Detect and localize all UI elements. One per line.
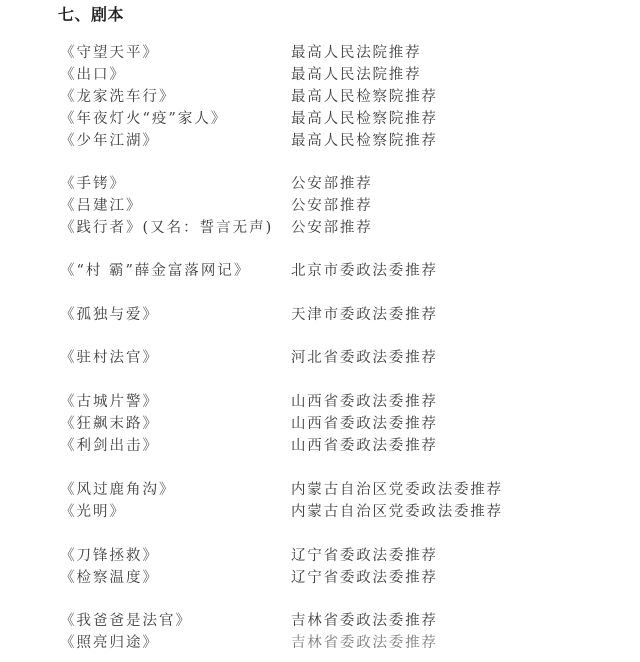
script-title: 《吕建江》 xyxy=(60,195,143,217)
recommender: 山西省委政法委推荐 xyxy=(291,391,438,413)
script-title: 《驻村法官》 xyxy=(60,347,159,369)
script-title: 《守望天平》 xyxy=(60,42,159,64)
list-item: 《检察温度》辽宁省委政法委推荐 xyxy=(0,567,640,589)
recommender: 河北省委政法委推荐 xyxy=(291,347,438,369)
recommender: 公安部推荐 xyxy=(291,217,373,239)
list-item: 《狂飙末路》山西省委政法委推荐 xyxy=(0,413,640,435)
recommender: 公安部推荐 xyxy=(291,173,373,195)
recommender: 最高人民检察院推荐 xyxy=(291,130,438,152)
recommender: 北京市委政法委推荐 xyxy=(291,260,438,282)
list-item: 《照亮归途》吉林省委政法委推荐 xyxy=(0,632,640,654)
script-title: 《古城片警》 xyxy=(60,391,159,413)
script-title: 《风过鹿角沟》 xyxy=(60,479,176,501)
list-item: 《“村 霸”薛金富落网记》北京市委政法委推荐 xyxy=(0,260,640,282)
list-item: 《驻村法官》河北省委政法委推荐 xyxy=(0,347,640,369)
script-title: 《狂飙末路》 xyxy=(60,413,159,435)
script-title: 《践行者》(又名：誓言无声) xyxy=(60,217,273,239)
list-item: 《践行者》(又名：誓言无声)公安部推荐 xyxy=(0,217,640,239)
list-item: 《手铐》公安部推荐 xyxy=(0,173,640,195)
list-item: 《刀锋拯救》辽宁省委政法委推荐 xyxy=(0,545,640,567)
recommender: 内蒙古自治区党委政法委推荐 xyxy=(291,479,503,501)
recommender: 内蒙古自治区党委政法委推荐 xyxy=(291,501,503,523)
recommender: 山西省委政法委推荐 xyxy=(291,435,438,457)
script-title: 《“村 霸”薛金富落网记》 xyxy=(60,260,250,282)
recommender: 公安部推荐 xyxy=(291,195,373,217)
recommender: 最高人民法院推荐 xyxy=(291,64,421,86)
list-item: 《光明》内蒙古自治区党委政法委推荐 xyxy=(0,501,640,523)
list-item: 《风过鹿角沟》内蒙古自治区党委政法委推荐 xyxy=(0,479,640,501)
script-title: 《孤独与爱》 xyxy=(60,304,159,326)
script-title: 《光明》 xyxy=(60,501,126,523)
recommender: 吉林省委政法委推荐 xyxy=(291,610,438,632)
recommender: 辽宁省委政法委推荐 xyxy=(291,545,438,567)
recommender: 最高人民检察院推荐 xyxy=(291,108,438,130)
list-item: 《古城片警》山西省委政法委推荐 xyxy=(0,391,640,413)
list-item: 《龙家洗车行》最高人民检察院推荐 xyxy=(0,86,640,108)
script-title: 《少年江湖》 xyxy=(60,130,159,152)
script-title: 《出口》 xyxy=(60,64,126,86)
section-heading: 七、剧本 xyxy=(58,2,124,25)
script-title: 《我爸爸是法官》 xyxy=(60,610,192,632)
list-item: 《吕建江》公安部推荐 xyxy=(0,195,640,217)
script-title: 《照亮归途》 xyxy=(60,632,159,654)
recommender: 天津市委政法委推荐 xyxy=(291,304,438,326)
list-item: 《我爸爸是法官》吉林省委政法委推荐 xyxy=(0,610,640,632)
recommender: 最高人民法院推荐 xyxy=(291,42,421,64)
list-item: 《利剑出击》山西省委政法委推荐 xyxy=(0,435,640,457)
recommender: 山西省委政法委推荐 xyxy=(291,413,438,435)
list-item: 《出口》最高人民法院推荐 xyxy=(0,64,640,86)
recommender: 最高人民检察院推荐 xyxy=(291,86,438,108)
script-title: 《利剑出击》 xyxy=(60,435,159,457)
script-title: 《年夜灯火“疫”家人》 xyxy=(60,108,227,130)
list-item: 《少年江湖》最高人民检察院推荐 xyxy=(0,130,640,152)
recommender: 吉林省委政法委推荐 xyxy=(291,632,438,654)
list-item: 《守望天平》最高人民法院推荐 xyxy=(0,42,640,64)
script-title: 《手铐》 xyxy=(60,173,126,195)
script-title: 《刀锋拯救》 xyxy=(60,545,159,567)
list-item: 《孤独与爱》天津市委政法委推荐 xyxy=(0,304,640,326)
list-item: 《年夜灯火“疫”家人》最高人民检察院推荐 xyxy=(0,108,640,130)
script-title: 《检察温度》 xyxy=(60,567,159,589)
recommender: 辽宁省委政法委推荐 xyxy=(291,567,438,589)
script-title: 《龙家洗车行》 xyxy=(60,86,176,108)
